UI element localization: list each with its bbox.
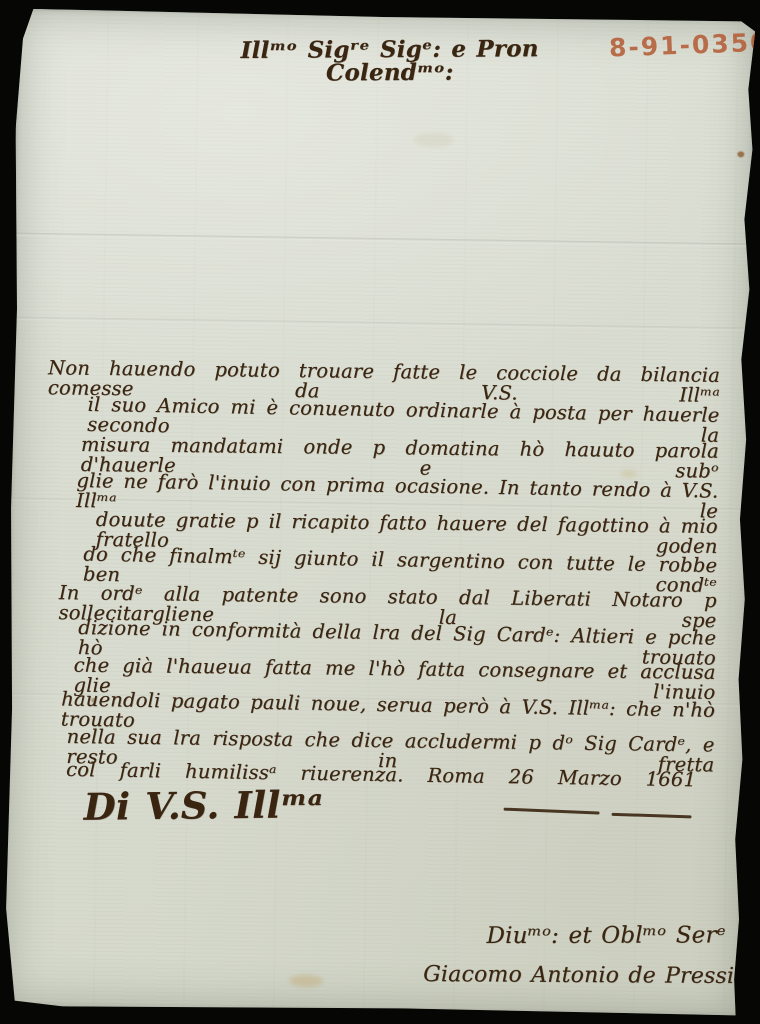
paper-stain (413, 132, 453, 147)
signature-title: Diuᵐᵒ: et Oblᵐᵒ Serᵉ (404, 924, 726, 948)
body-line: In ordᵉ alla patente sono stato dal Libe… (59, 583, 717, 617)
body-line: che già l'haueua fatta me l'hò fatta con… (74, 656, 716, 689)
paper-stain (289, 975, 323, 988)
body-line: douute gratie p il ricapito fatto hauere… (96, 510, 718, 543)
date-underline (504, 808, 600, 815)
signature-name: Giacomo Antonio de Pressi (423, 964, 729, 988)
manuscript-scan: 8-91-0350 Illᵐᵒ Sigʳᵉ Sigᵉ: e Pron Colen… (3, 9, 756, 1018)
paper-stain (737, 151, 744, 157)
fold-crease (14, 233, 752, 247)
fold-crease (13, 317, 751, 331)
body-line: misura mandatami onde p domatina hò hauu… (81, 435, 719, 468)
salutation-line: Illᵐᵒ Sigʳᵉ Sigᵉ: e Pron Colendᵐᵒ: (235, 37, 545, 85)
body-line: nella sua lra risposta che dice accluder… (66, 727, 714, 761)
year-underline (612, 813, 692, 819)
archival-number: 8-91-0350 (609, 30, 760, 61)
body-line: Non hauendo potuto trouare fatte le cocc… (48, 358, 720, 392)
closing-line: Di V.S. Illᵐᵃ (83, 786, 323, 826)
